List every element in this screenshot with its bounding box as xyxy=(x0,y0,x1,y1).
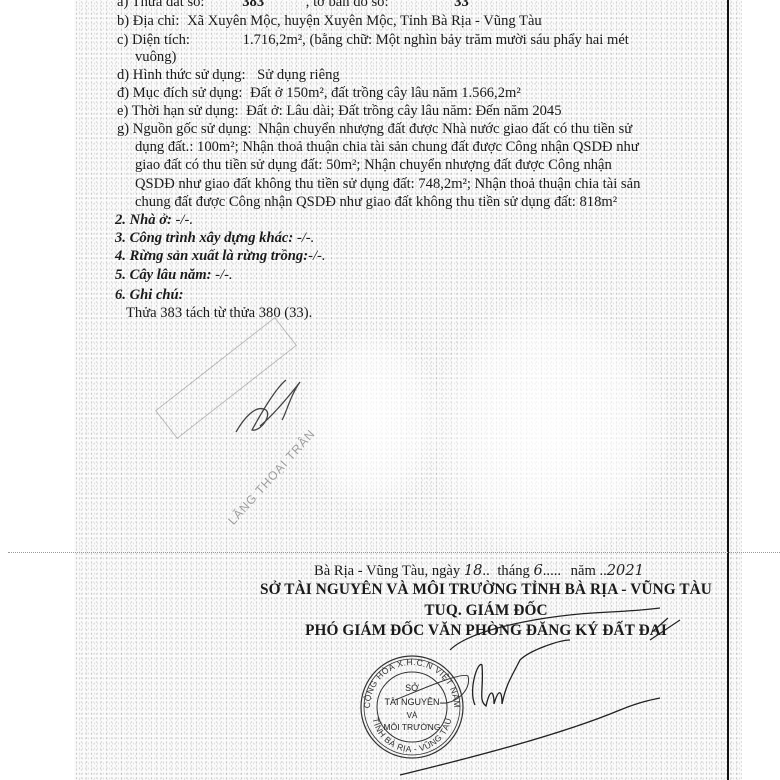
signature-icon xyxy=(0,0,780,780)
